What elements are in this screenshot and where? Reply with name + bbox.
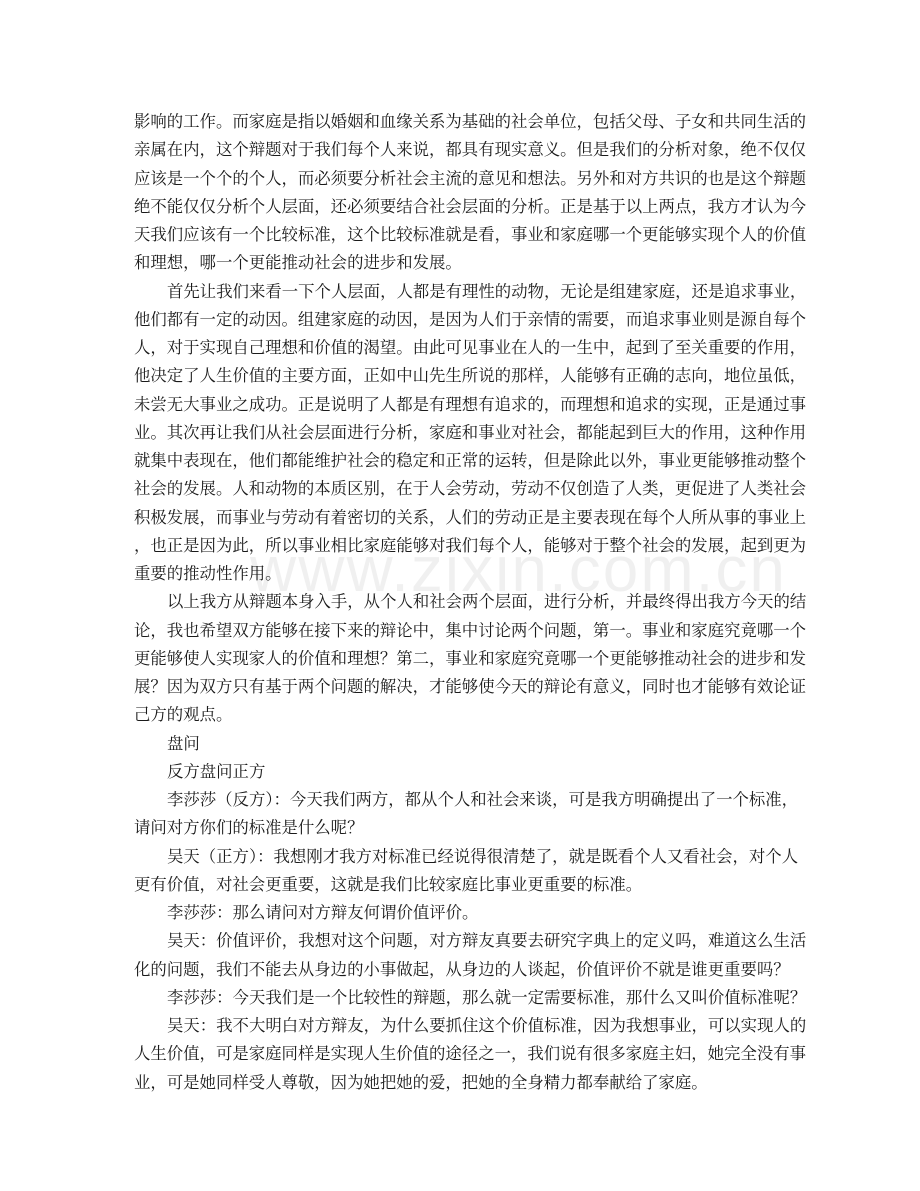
text-line: 请问对方你们的标准是什么呢？ — [134, 814, 786, 842]
document-body: 影响的工作。而家庭是指以婚姻和血缘关系为基础的社会单位，包括父母、子女和共同生活… — [134, 108, 786, 1097]
text-line: 己方的观点。 — [134, 701, 786, 729]
text-line: 业。其次再让我们从社会层面进行分析，家庭和事业对社会，都能起到巨大的作用，这种作… — [134, 419, 786, 447]
text-line: 盘问 — [134, 730, 786, 758]
text-line: 绝不能仅仅分析个人层面，还必须要结合社会层面的分析。正是基于以上两点，我方才认为… — [134, 193, 786, 221]
text-line: 天我们应该有一个比较标准，这个比较标准就是看，事业和家庭哪一个更能够实现个人的价… — [134, 221, 786, 249]
text-line: 更能够使人实现家人的价值和理想？第二，事业和家庭究竟哪一个更能够推动社会的进步和… — [134, 645, 786, 673]
text-line: 首先让我们来看一下个人层面，人都是有理性的动物，无论是组建家庭，还是追求事业， — [134, 278, 786, 306]
text-line: 李莎莎：那么请问对方辩友何谓价值评价。 — [134, 899, 786, 927]
text-line: 重要的推动性作用。 — [134, 560, 786, 588]
text-line: 未尝无大事业之成功。正是说明了人都是有理想有追求的，而理想和追求的实现，正是通过… — [134, 391, 786, 419]
text-line: 应该是一个个的个人，而必须要分析社会主流的意见和想法。另外和对方共识的也是这个辩… — [134, 165, 786, 193]
text-line: 展？因为双方只有基于两个问题的解决，才能够使今天的辩论有意义，同时也才能够有效论… — [134, 673, 786, 701]
text-line: 社会的发展。人和动物的本质区别，在于人会劳动，劳动不仅创造了人类，更促进了人类社… — [134, 475, 786, 503]
text-line: 吴天：我不大明白对方辩友，为什么要抓住这个价值标准，因为我想事业，可以实现人的 — [134, 1012, 786, 1040]
text-line: 就集中表现在，他们都能维护社会的稳定和正常的运转，但是除此以外，事业更能够推动整… — [134, 447, 786, 475]
text-line: 他们都有一定的动因。组建家庭的动因，是因为人们于亲情的需要，而追求事业则是源自每… — [134, 306, 786, 334]
text-line: 吴天（正方）：我想刚才我方对标准已经说得很清楚了，就是既看个人又看社会，对个人 — [134, 843, 786, 871]
text-line: 论，我也希望双方能够在接下来的辩论中，集中讨论两个问题，第一。事业和家庭究竟哪一… — [134, 617, 786, 645]
text-line: 人，对于实现自己理想和价值的渴望。由此可见事业在人的一生中，起到了至关重要的作用… — [134, 334, 786, 362]
text-line: 化的问题，我们不能去从身边的小事做起，从身边的人谈起，价值评价不就是谁更重要吗？ — [134, 956, 786, 984]
text-line: 积极发展，而事业与劳动有着密切的关系，人们的劳动正是主要表现在每个人所从事的事业… — [134, 504, 786, 532]
text-line: ，也正是因为此，所以事业相比家庭能够对我们每个人，能够对于整个社会的发展，起到更… — [134, 532, 786, 560]
text-line: 反方盘问正方 — [134, 758, 786, 786]
text-line: 更有价值，对社会更重要，这就是我们比较家庭比事业更重要的标准。 — [134, 871, 786, 899]
text-line: 和理想，哪一个更能推动社会的进步和发展。 — [134, 249, 786, 277]
text-line: 以上我方从辩题本身入手，从个人和社会两个层面，进行分析，并最终得出我方今天的结 — [134, 588, 786, 616]
text-line: 亲属在内，这个辩题对于我们每个人来说，都具有现实意义。但是我们的分析对象，绝不仅… — [134, 136, 786, 164]
text-line: 业，可是她同样受人尊敬，因为她把她的爱，把她的全身精力都奉献给了家庭。 — [134, 1069, 786, 1097]
text-line: 影响的工作。而家庭是指以婚姻和血缘关系为基础的社会单位，包括父母、子女和共同生活… — [134, 108, 786, 136]
text-line: 人生价值，可是家庭同样是实现人生价值的途径之一，我们说有很多家庭主妇，她完全没有… — [134, 1040, 786, 1068]
text-line: 他决定了人生价值的主要方面，正如中山先生所说的那样，人能够有正确的志向，地位虽低… — [134, 362, 786, 390]
text-line: 李莎莎：今天我们是一个比较性的辩题，那么就一定需要标准，那什么又叫价值标准呢？ — [134, 984, 786, 1012]
text-line: 吴天：价值评价，我想对这个问题，对方辩友真要去研究字典上的定义吗，难道这么生活 — [134, 927, 786, 955]
text-line: 李莎莎（反方）：今天我们两方，都从个人和社会来谈，可是我方明确提出了一个标准， — [134, 786, 786, 814]
